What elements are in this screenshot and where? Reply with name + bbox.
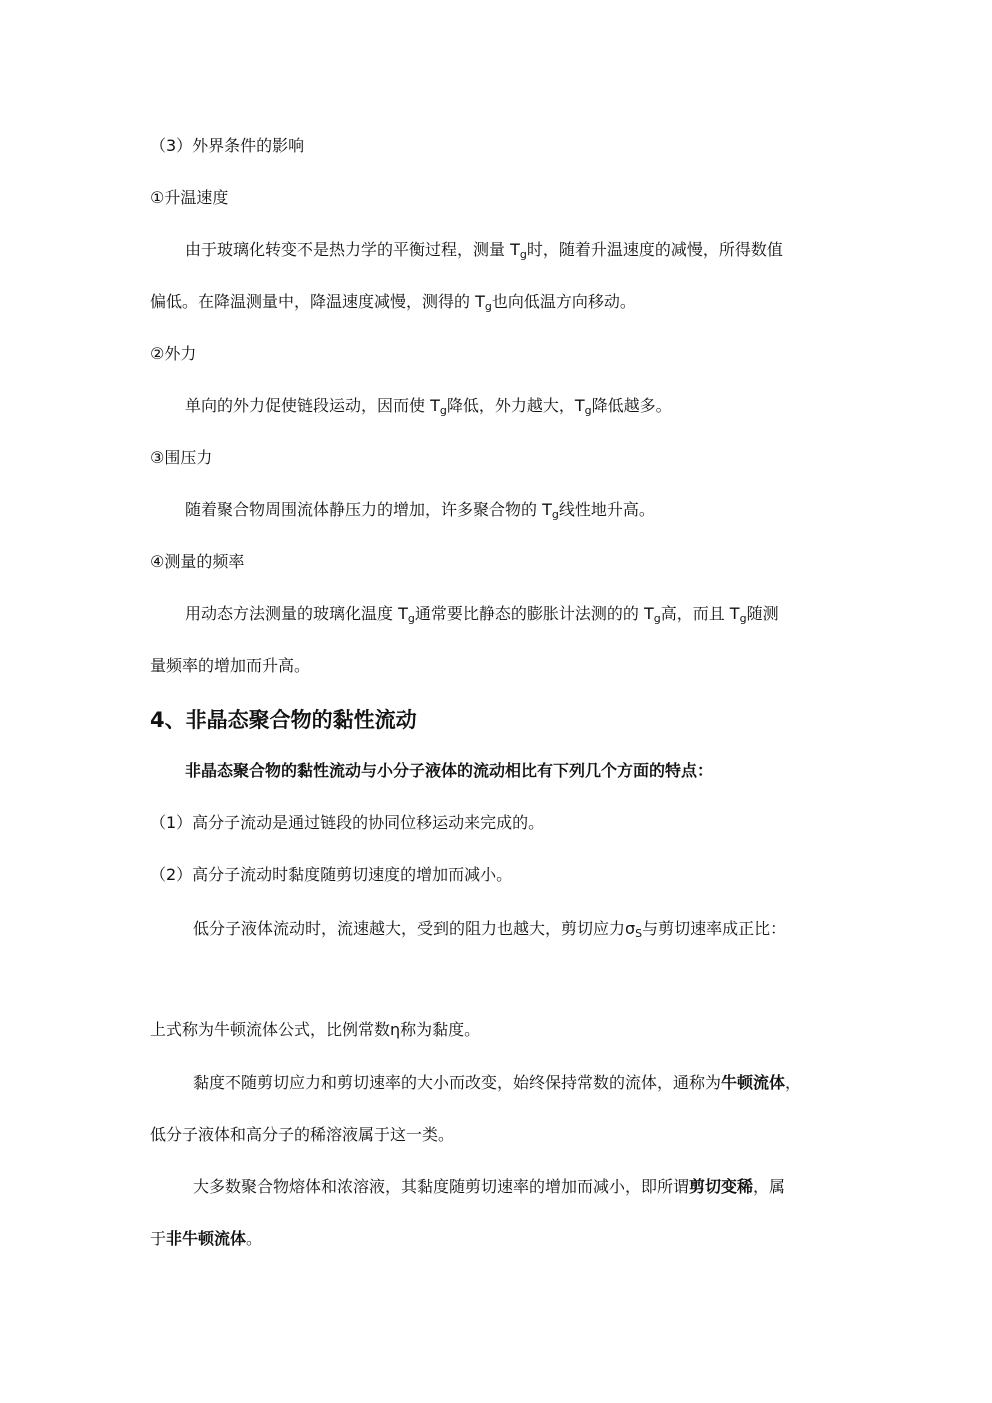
paragraph: 上式称为牛顿流体公式，比例常数η称为黏度。 (150, 1020, 480, 1040)
paragraph: 偏低。在降温测量中，降温速度减慢，测得的 Tg也向低温方向移动。 (150, 292, 636, 312)
paragraph: 用动态方法测量的玻璃化温度 Tg通常要比静态的膨胀计法测的的 Tg高，而且 Tg… (185, 604, 779, 624)
section-title-external-conditions: （3）外界条件的影响 (150, 136, 304, 156)
point-2: （2）高分子流动时黏度随剪切速度的增加而减小。 (150, 865, 512, 885)
paragraph: 低分子液体流动时，流速越大，受到的阻力也越大，剪切应力σS与剪切速率成正比： (193, 919, 786, 939)
paragraph: 量频率的增加而升高。 (150, 656, 310, 676)
paragraph: 大多数聚合物熔体和浓溶液，其黏度随剪切速率的增加而减小，即所谓剪切变稀，属 (193, 1177, 785, 1197)
paragraph: 于非牛顿流体。 (150, 1229, 262, 1249)
section-intro: 非晶态聚合物的黏性流动与小分子液体的流动相比有下列几个方面的特点： (185, 761, 713, 781)
paragraph: 随着聚合物周围流体静压力的增加，许多聚合物的 Tg线性地升高。 (185, 500, 655, 520)
paragraph: 黏度不随剪切应力和剪切速率的大小而改变，始终保持常数的流体，通称为牛顿流体， (193, 1073, 801, 1093)
item-title-heating-rate: ①升温速度 (150, 188, 228, 208)
paragraph: 单向的外力促使链段运动，因而使 Tg降低，外力越大，Tg降低越多。 (185, 396, 672, 416)
paragraph: 由于玻璃化转变不是热力学的平衡过程，测量 Tg时，随着升温速度的减慢，所得数值 (185, 240, 783, 260)
item-title-confining-pressure: ③围压力 (150, 448, 212, 468)
paragraph: 低分子液体和高分子的稀溶液属于这一类。 (150, 1125, 454, 1145)
item-title-external-force: ②外力 (150, 344, 196, 364)
point-1: （1）高分子流动是通过链段的协同位移运动来完成的。 (150, 813, 544, 833)
item-title-frequency: ④测量的频率 (150, 552, 244, 572)
section-heading: 4、非晶态聚合物的黏性流动 (150, 707, 417, 733)
